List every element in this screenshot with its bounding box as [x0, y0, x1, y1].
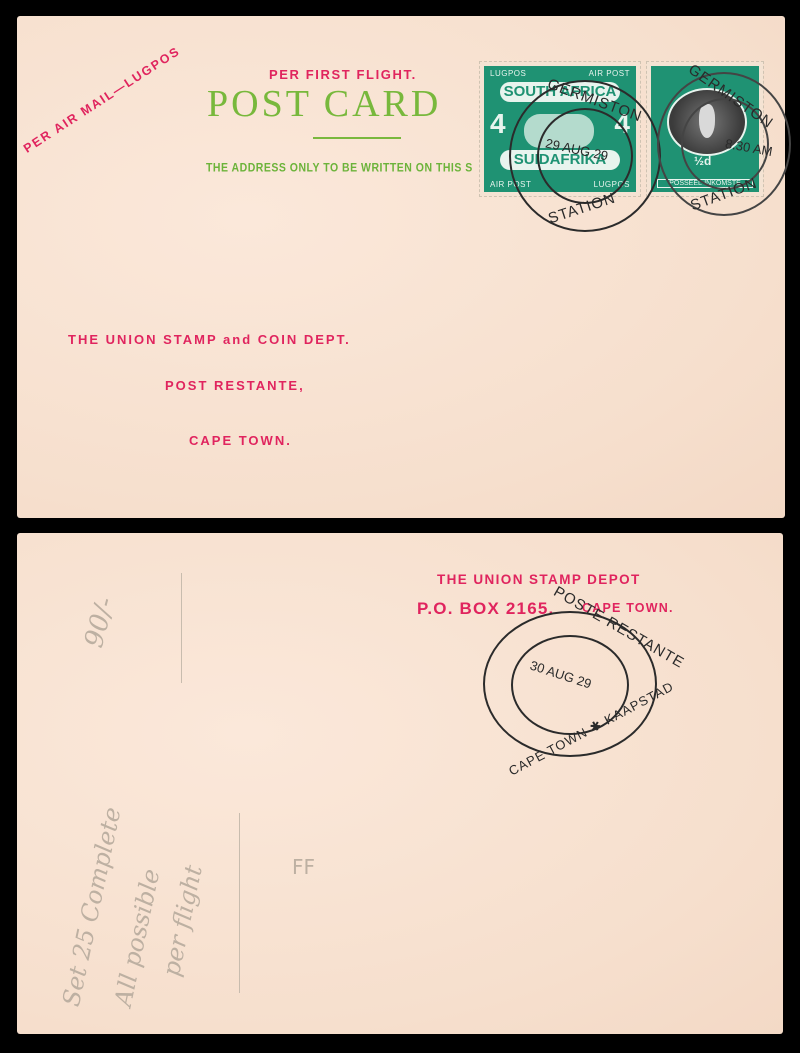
depot-cachet-line-1: THE UNION STAMP DEPOT [437, 572, 641, 587]
pencil-initials: FF [292, 855, 315, 879]
pencil-note-line-2: All possible [109, 866, 165, 1008]
title-rule [313, 137, 401, 139]
pencil-price: 90/- [79, 594, 121, 651]
address-line-1: THE UNION STAMP and COIN DEPT. [68, 332, 351, 347]
address-line-3: CAPE TOWN. [189, 433, 292, 448]
air-mail-cachet: PER AIR MAIL—LUGPOS [21, 44, 183, 156]
pencil-rule-1 [181, 573, 182, 683]
stamp-value-left: 4 [490, 108, 506, 140]
pencil-note-line-3: per flight [157, 863, 208, 979]
postcard-back: THE UNION STAMP DEPOT P.O. BOX 2165. CAP… [17, 533, 783, 1034]
postcard-front: PER AIR MAIL—LUGPOS PER FIRST FLIGHT. PO… [17, 16, 785, 518]
germiston-postmark-1: GERMISTON 29 AUG 29 STATION [509, 80, 661, 232]
depot-cachet-line-2: P.O. BOX 2165. [417, 599, 554, 619]
stamp-tr-text: AIR POST [589, 69, 630, 78]
first-flight-label: PER FIRST FLIGHT. [269, 67, 417, 82]
stamp-tl-text: LUGPOS [490, 69, 526, 78]
germiston-postmark-2: GERMISTON 8.30 AM STATION [657, 72, 791, 216]
address-instruction: THE ADDRESS ONLY TO BE WRITTEN ON THIS S [206, 161, 473, 175]
poste-restante-postmark: POSTE RESTANTE 30 AUG 29 CAPE TOWN ✱ KAA… [483, 611, 657, 757]
post-card-title: POST CARD [207, 82, 441, 126]
address-line-2: POST RESTANTE, [165, 378, 305, 393]
pencil-rule-2 [239, 813, 240, 993]
